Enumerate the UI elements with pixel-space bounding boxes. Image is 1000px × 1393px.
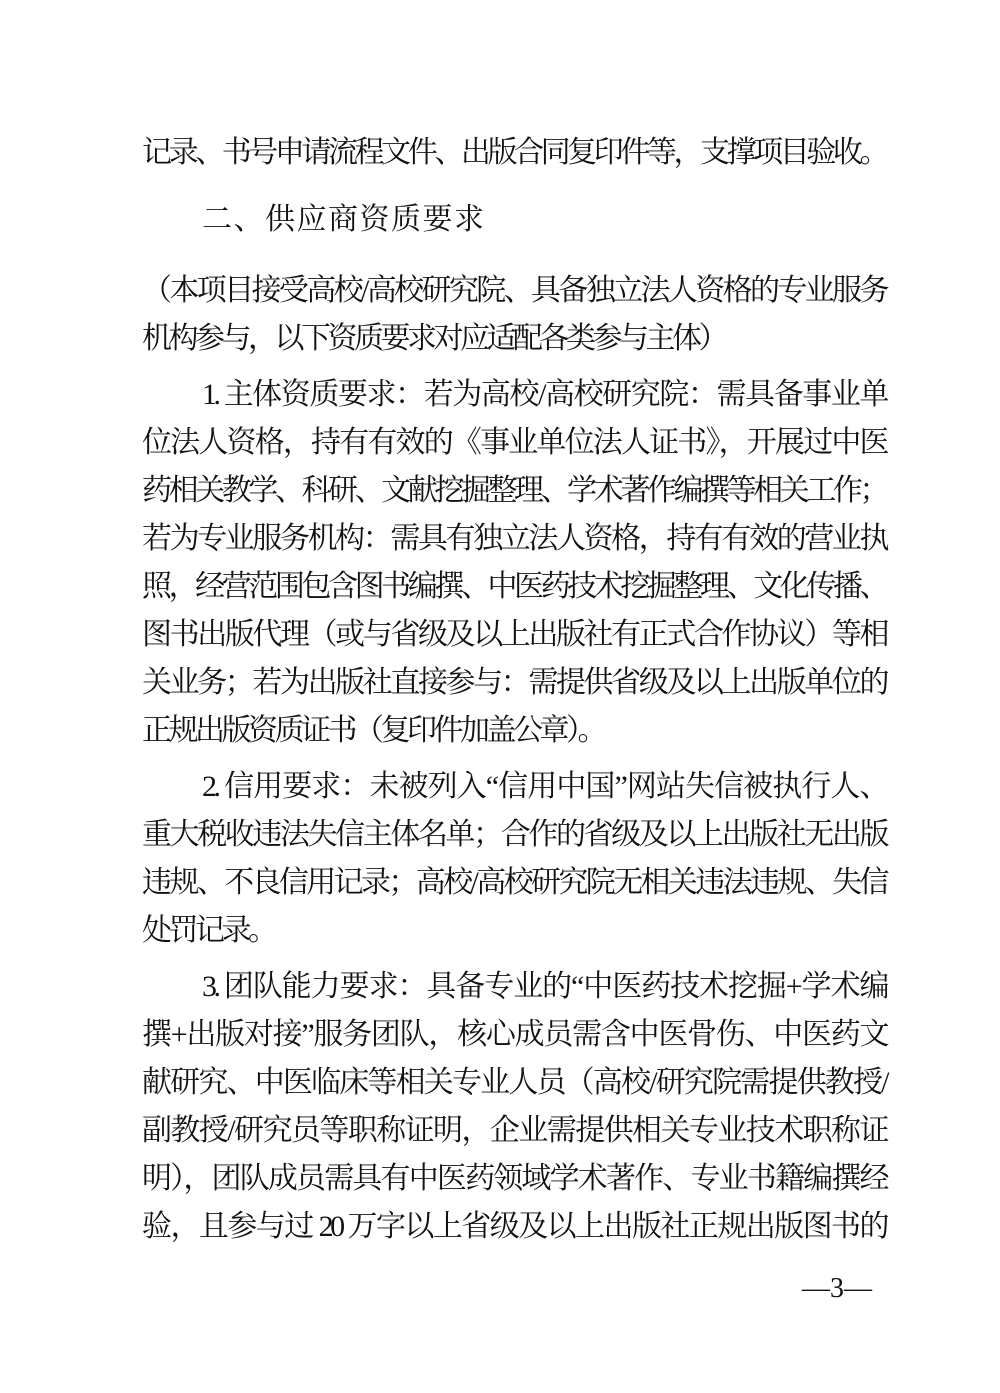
text-line: 药相关教学、科研、文献挖掘整理、学术著作编撰等相关工作； xyxy=(142,467,886,515)
paragraph-item: 2. 信用要求：未被列入“信用中国”网站失信被执行人、重大税收违法失信主体名单；… xyxy=(142,763,886,955)
paragraph-continuation: 记录、书号申请流程文件、出版合同复印件等，支撑项目验收。 xyxy=(142,129,886,177)
text-line: 图书出版代理（或与省级及以上出版社有正式合作协议）等相 xyxy=(142,611,886,659)
text-line: 副教授/研究员等职称证明，企业需提供相关专业技术职称证 xyxy=(142,1107,886,1155)
document-page: 记录、书号申请流程文件、出版合同复印件等，支撑项目验收。二、供应商资质要求（本项… xyxy=(0,0,1000,1393)
text-line: 1. 主体资质要求：若为高校/高校研究院：需具备事业单 xyxy=(142,371,886,419)
text-line: 撰+出版对接”服务团队，核心成员需含中医骨伤、中医药文 xyxy=(142,1011,886,1059)
text-line: 关业务；若为出版社直接参与：需提供省级及以上出版单位的 xyxy=(142,659,886,707)
text-line: 2. 信用要求：未被列入“信用中国”网站失信被执行人、 xyxy=(142,763,886,811)
text-line: 验，且参与过 20 万字以上省级及以上出版社正规出版图书的 xyxy=(142,1203,886,1251)
text-line: 记录、书号申请流程文件、出版合同复印件等，支撑项目验收。 xyxy=(142,129,886,177)
text-line: 照，经营范围包含图书编撰、中医药技术挖掘整理、文化传播、 xyxy=(142,563,886,611)
text-line: 3. 团队能力要求：具备专业的“中医药技术挖掘+学术编 xyxy=(142,963,886,1011)
paragraph-item: 1. 主体资质要求：若为高校/高校研究院：需具备事业单位法人资格，持有有效的《事… xyxy=(142,371,886,755)
text-line: 违规、不良信用记录；高校/高校研究院无相关违法违规、失信 xyxy=(142,859,886,907)
text-line: 处罚记录。 xyxy=(142,907,886,955)
text-line: 位法人资格，持有有效的《事业单位法人证书》，开展过中医 xyxy=(142,419,886,467)
document-body: 记录、书号申请流程文件、出版合同复印件等，支撑项目验收。二、供应商资质要求（本项… xyxy=(142,129,886,1251)
paragraph-parenthetical: （本项目接受高校/高校研究院、具备独立法人资格的专业服务机构参与，以下资质要求对… xyxy=(142,267,886,363)
text-line: 机构参与，以下资质要求对应适配各类参与主体） xyxy=(142,315,886,363)
text-line: 若为专业服务机构：需具有独立法人资格，持有有效的营业执 xyxy=(142,515,886,563)
paragraph-heading: 二、供应商资质要求 xyxy=(142,196,886,244)
text-line: 重大税收违法失信主体名单；合作的省级及以上出版社无出版 xyxy=(142,811,886,859)
page-number: —3— xyxy=(802,1272,872,1306)
paragraph-item: 3. 团队能力要求：具备专业的“中医药技术挖掘+学术编撰+出版对接”服务团队，核… xyxy=(142,963,886,1251)
text-line: 献研究、中医临床等相关专业人员（高校/研究院需提供教授/ xyxy=(142,1059,886,1107)
text-line: 正规出版资质证书（复印件加盖公章）。 xyxy=(142,707,886,755)
text-line: 二、供应商资质要求 xyxy=(142,196,886,244)
text-line: 明），团队成员需具有中医药领域学术著作、专业书籍编撰经 xyxy=(142,1155,886,1203)
text-line: （本项目接受高校/高校研究院、具备独立法人资格的专业服务 xyxy=(142,267,886,315)
